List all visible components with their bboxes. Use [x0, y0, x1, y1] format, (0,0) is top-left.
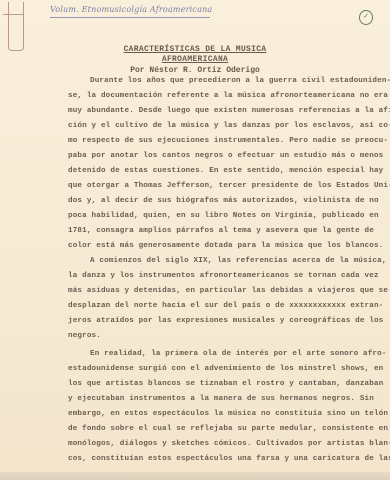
text-line: cos, constituían estos espectáculos una …	[68, 455, 390, 463]
handwritten-underline	[50, 17, 210, 18]
text-line: de fondo sobre el cual se reflejaba su p…	[68, 425, 388, 433]
document-title-line-2: AFROAMERICANA	[0, 55, 390, 64]
page-bottom-edge	[0, 472, 390, 480]
handwritten-header-note: Volum. Etnomusicolgía Afroamericana	[50, 5, 212, 14]
text-line: dos y, al decir de sus biógrafos más aut…	[68, 197, 379, 205]
margin-bracket-mark	[8, 2, 24, 51]
text-line: que otorgar a Thomas Jefferson, tercer p…	[68, 182, 390, 190]
text-line: la danza y los instrumentos afronorteame…	[68, 272, 379, 280]
text-line: estadounidense surgió con el advenimient…	[68, 365, 383, 373]
document-page: Volum. Etnomusicolgía Afroamericana ✓ CA…	[0, 0, 390, 480]
text-line: En realidad, la primera ola de interés p…	[90, 350, 387, 358]
text-line: poca habilidad, quien, en su libro Notes…	[68, 212, 379, 220]
text-line: más asiduas y detenidas, en particular l…	[68, 287, 388, 295]
text-line: monólogos, diálogos y sketches cómicos. …	[68, 440, 390, 448]
document-byline: Por Néstor R. Ortiz Oderigo	[0, 66, 390, 75]
check-circle-icon: ✓	[359, 10, 373, 25]
text-line: desplazan del norte hacia el sur del paí…	[68, 302, 383, 310]
text-line: negros.	[68, 332, 101, 340]
text-line: se, la documentación referente a la músi…	[68, 92, 388, 100]
margin-cross-mark	[3, 14, 23, 15]
text-line: color está más generosamente dotada para…	[68, 242, 383, 250]
text-line: jeros atraídos por las expresiones music…	[68, 317, 383, 325]
text-line: los que artistas blancos se tiznaban el …	[68, 380, 383, 388]
text-line: 1781, consagra amplios párrafos al tema …	[68, 227, 374, 235]
text-line: ción y el cultivo de la música y las dan…	[68, 122, 390, 130]
text-line: detenido de estas cuestiones. En este se…	[68, 167, 383, 175]
text-line: embargo, en estos espectáculos la música…	[68, 410, 388, 418]
document-title-line-1: CARACTERÍSTICAS DE LA MUSICA	[0, 45, 390, 54]
text-line: muy abundante. Desde luego que existen n…	[68, 107, 390, 115]
text-line: paba por anotar los cantos negros o efec…	[68, 152, 383, 160]
text-line: A comienzos del siglo XIX, las referenci…	[90, 257, 387, 265]
text-line: Durante los años que precedieron a la gu…	[90, 77, 390, 85]
text-line: y ejecutaban instrumentos a la manera de…	[68, 395, 374, 403]
text-line: mo respecto de sus ejecuciones instrumen…	[68, 137, 388, 145]
